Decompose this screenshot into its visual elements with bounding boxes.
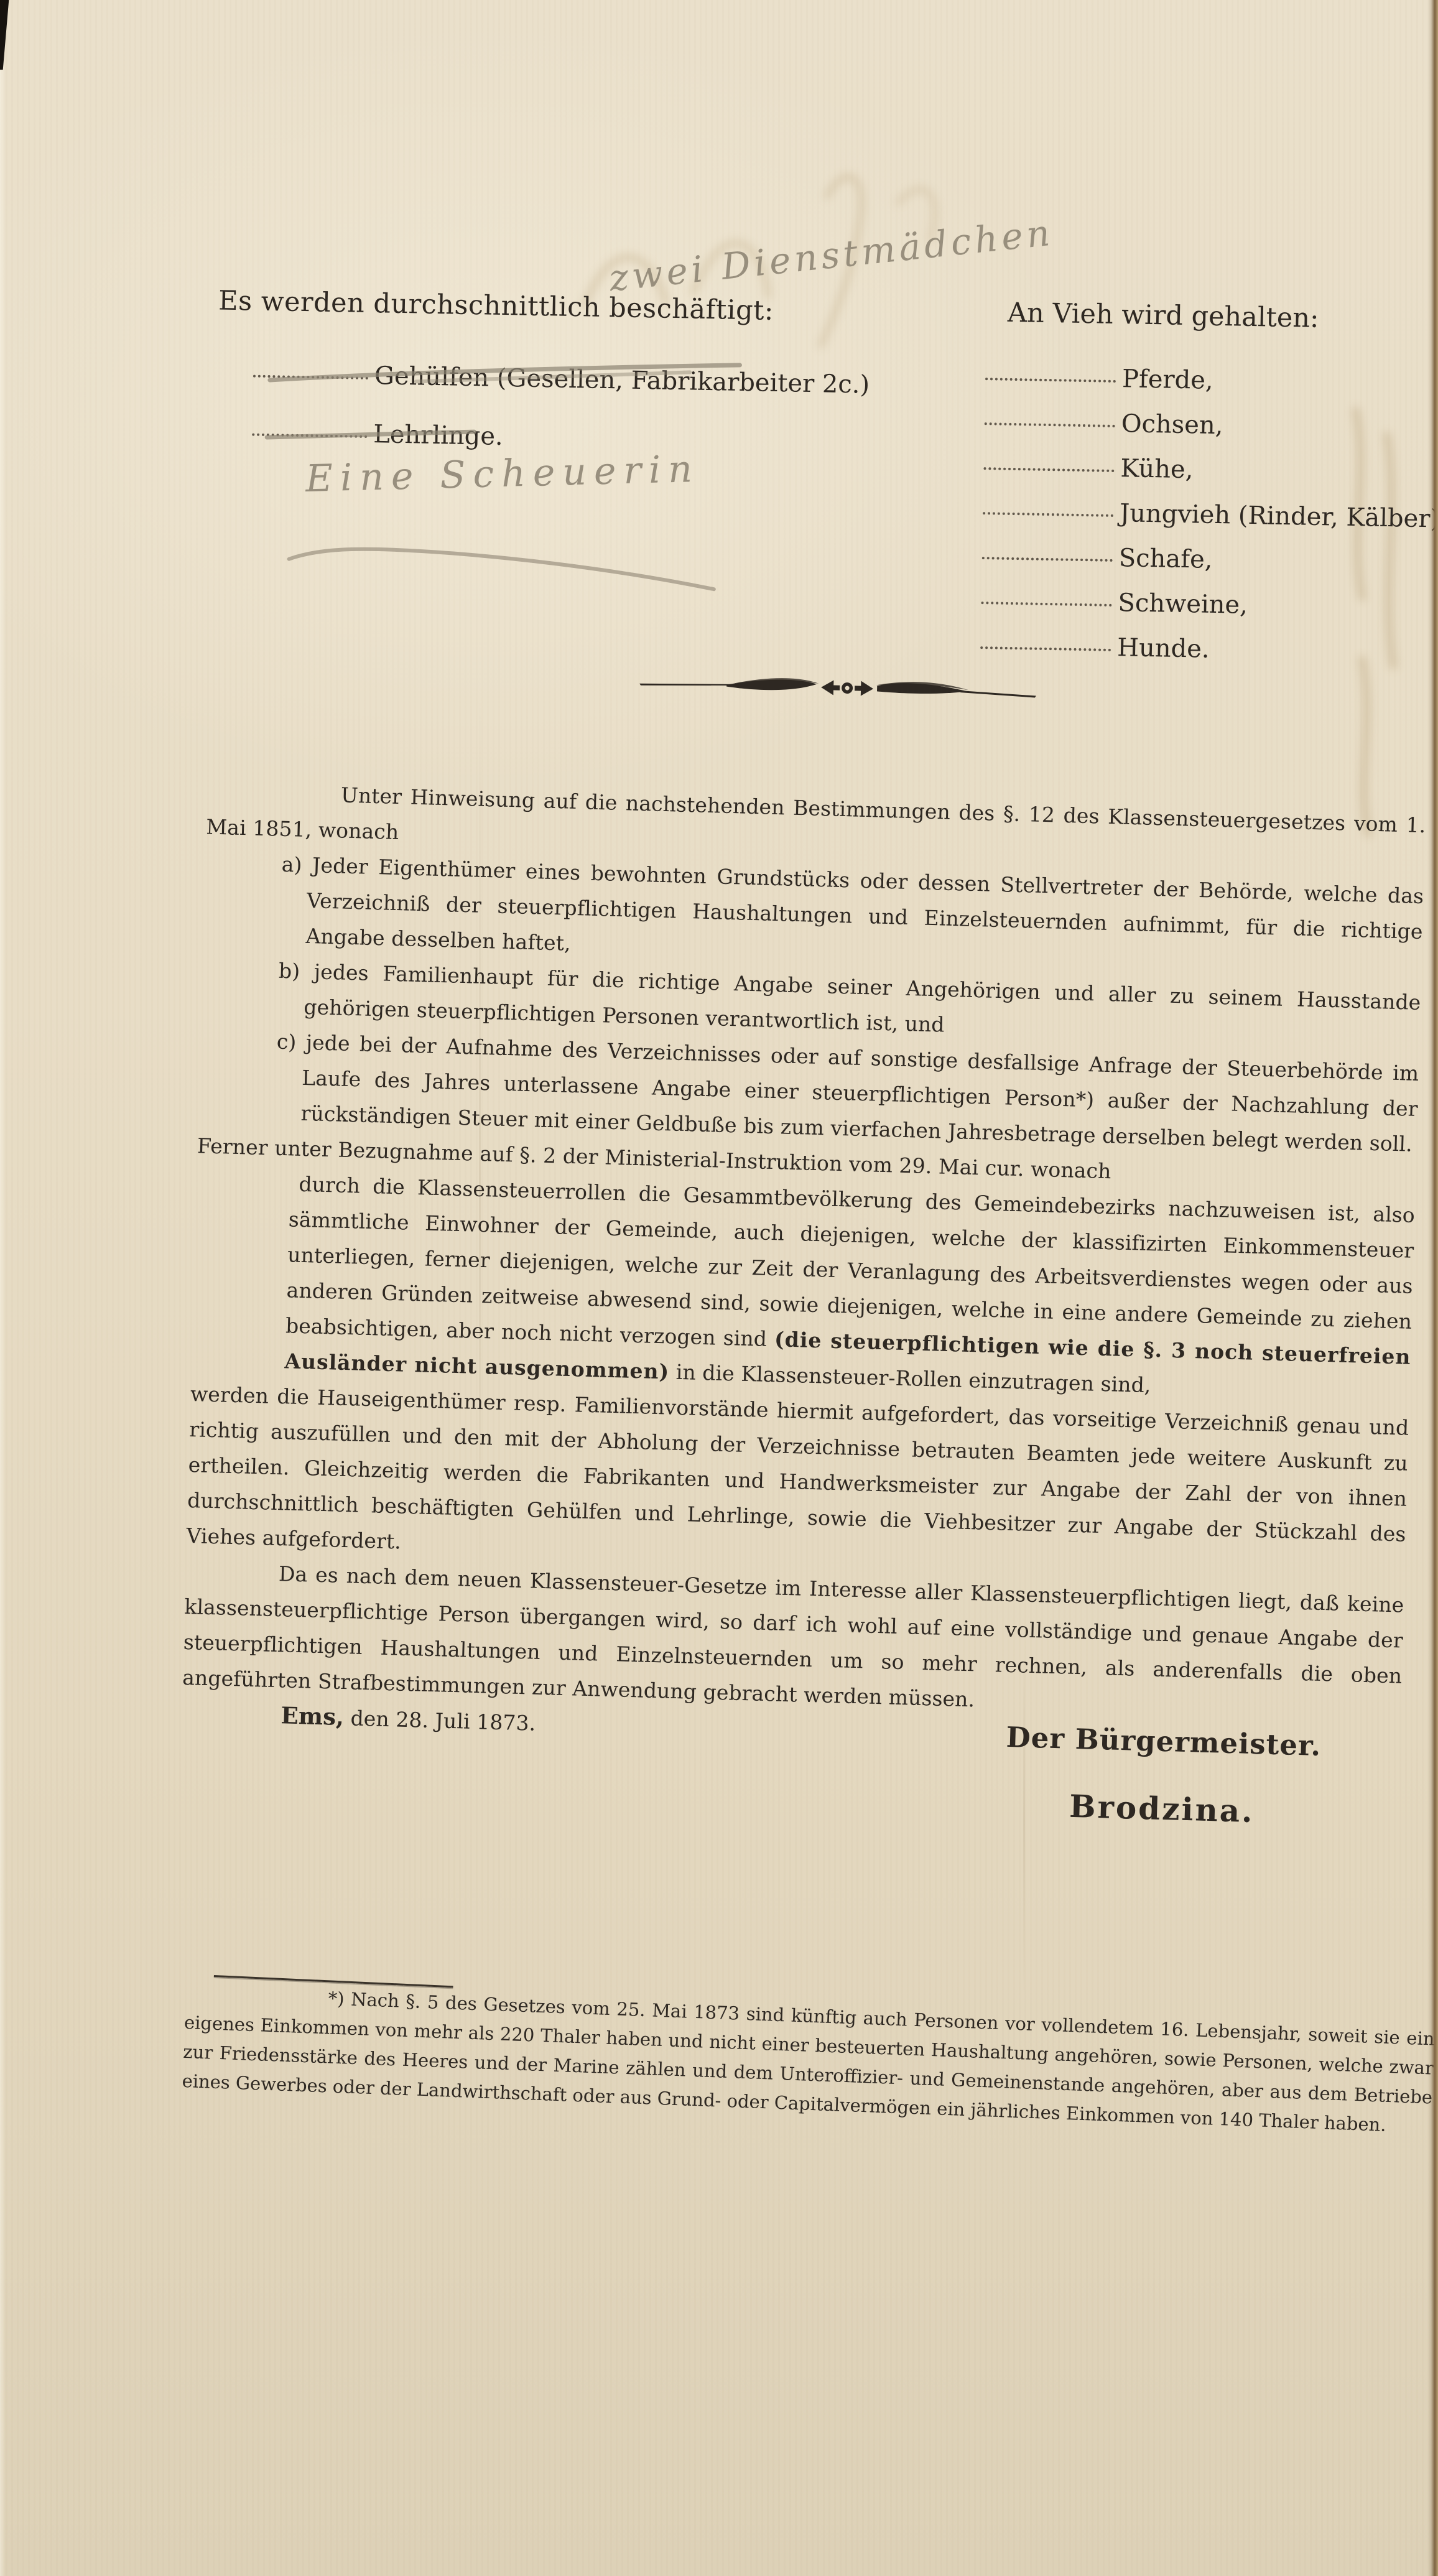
footnote-section: *) Nach §. 5 des Gesetzes vom 25. Mai 18… — [0, 1953, 1437, 2267]
livestock-row-pferde: Pferde, — [985, 362, 1213, 395]
fill-in-dotted-line — [983, 463, 1114, 472]
livestock-row-label: Jungvieh (Rinder, Kälber), — [1120, 499, 1438, 534]
employment-heading: Es werden durchschnittlich beschäftigt: — [218, 286, 916, 330]
fill-in-dotted-line — [982, 553, 1113, 562]
list-marker-c: c) — [276, 1030, 297, 1054]
livestock-row-schweine: Schweine, — [981, 586, 1248, 620]
list-marker-a: a) — [281, 852, 302, 877]
fill-in-dotted-line — [985, 419, 1115, 427]
livestock-row-jungvieh: Jungvieh (Rinder, Kälber), — [983, 496, 1438, 534]
pencil-strikethrough-marks — [259, 344, 759, 465]
handwritten-note-top: zwei Dienstmädchen — [607, 212, 1055, 300]
livestock-row-schafe: Schafe, — [981, 541, 1212, 574]
footnote-text: *) Nach §. 5 des Gesetzes vom 25. Mai 18… — [182, 1979, 1436, 2142]
fill-in-dotted-line — [983, 508, 1113, 517]
page-right-edge — [1428, 0, 1438, 2576]
scanned-document-page: Es werden durchschnittlich beschäftigt: … — [0, 0, 1438, 2576]
list-marker-b: b) — [279, 959, 300, 983]
livestock-row-kuehe: Kühe, — [983, 452, 1194, 484]
dateline-rest: den 28. Juli 1873. — [344, 1706, 536, 1736]
body-text-section: Unter Hinweisung auf die nachstehenden B… — [0, 635, 1437, 1999]
paragraph-werden: werden die Hauseigenthümer resp. Familie… — [186, 1376, 1409, 1588]
livestock-block: An Vieh wird gehalten: Pferde, Ochsen, K… — [987, 297, 1435, 305]
notice-text: Unter Hinweisung auf die nachstehenden B… — [181, 773, 1426, 1765]
livestock-row-label: Kühe, — [1120, 454, 1194, 484]
livestock-row-ochsen: Ochsen, — [984, 407, 1223, 440]
fill-in-dotted-line — [981, 598, 1111, 607]
dateline-place: Ems, — [281, 1701, 345, 1731]
fill-in-dotted-line — [985, 374, 1116, 383]
livestock-row-hunde: Hunde. — [980, 631, 1210, 664]
signature-name: Brodzina. — [981, 1785, 1342, 1832]
pencil-stroke-flourish — [279, 540, 728, 604]
livestock-heading: An Vieh wird gehalten: — [1008, 297, 1319, 334]
livestock-row-label: Schafe, — [1118, 544, 1212, 574]
livestock-row-label: Ochsen, — [1121, 409, 1223, 440]
handwritten-note-middle: Eine Scheuerin — [305, 447, 700, 501]
livestock-row-label: Schweine, — [1118, 588, 1248, 620]
form-header-section: Es werden durchschnittlich beschäftigt: … — [0, 0, 1438, 686]
employment-block: Es werden durchschnittlich beschäftigt: … — [218, 286, 916, 330]
ornamental-divider — [639, 669, 1038, 707]
fill-in-dotted-line — [980, 643, 1111, 651]
livestock-row-label: Pferde, — [1122, 365, 1213, 395]
livestock-row-label: Hunde. — [1117, 633, 1210, 664]
paragraph-durch: durch die Klassensteuerrollen die Gesamm… — [191, 1163, 1416, 1410]
paragraph-durch-pre: durch die Klassensteuerrollen die Gesamm… — [285, 1172, 1416, 1351]
signature-block: Der Bürgermeister. Brodzina. — [981, 1720, 1344, 1832]
